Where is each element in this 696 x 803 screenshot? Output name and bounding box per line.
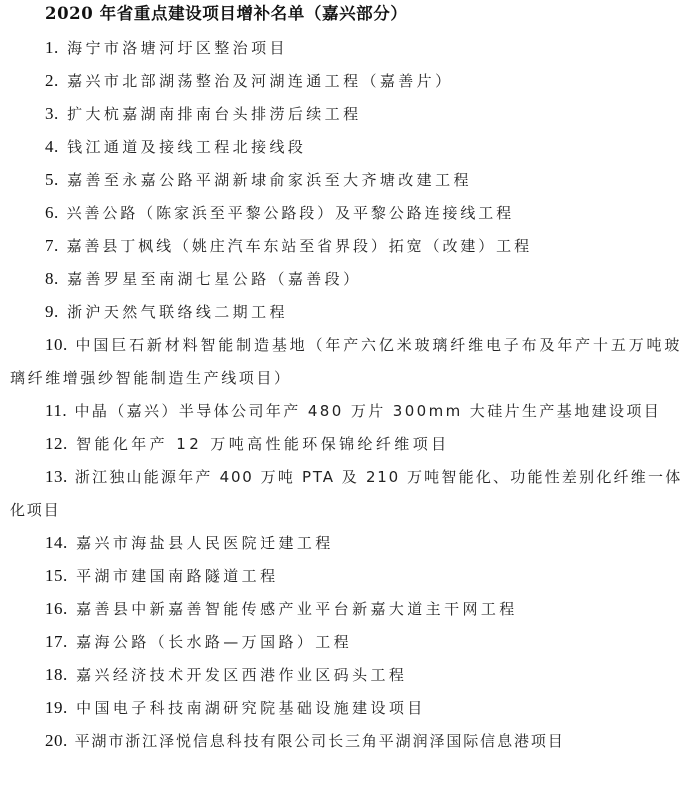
list-item: 16. 嘉善县中新嘉善智能传感产业平台新嘉大道主干网工程 bbox=[10, 592, 682, 626]
item-number: 3. bbox=[45, 104, 59, 123]
item-text: 嘉兴经济技术开发区西港作业区码头工程 bbox=[76, 666, 407, 684]
item-number: 8. bbox=[45, 269, 59, 288]
item-text: 浙沪天然气联络线二期工程 bbox=[67, 303, 288, 321]
item-text: 平湖市浙江泽悦信息科技有限公司长三角平湖润泽国际信息港项目 bbox=[75, 732, 565, 750]
list-item: 2. 嘉兴市北部湖荡整治及河湖连通工程（嘉善片） bbox=[10, 64, 682, 98]
item-text: 嘉海公路（长水路—万国路）工程 bbox=[76, 633, 352, 651]
list-item: 11. 中晶（嘉兴）半导体公司年产 480 万片 300mm 大硅片生产基地建设… bbox=[10, 394, 682, 428]
list-item: 7. 嘉善县丁枫线（姚庄汽车东站至省界段）拓宽（改建）工程 bbox=[10, 229, 682, 263]
document-title: 2020 年省重点建设项目增补名单（嘉兴部分） bbox=[45, 3, 407, 25]
item-number: 14. bbox=[45, 533, 68, 552]
item-number: 15. bbox=[45, 566, 68, 585]
item-text: 嘉兴市北部湖荡整治及河湖连通工程（嘉善片） bbox=[67, 72, 453, 90]
item-number: 4. bbox=[45, 137, 59, 156]
item-number: 9. bbox=[45, 302, 59, 321]
list-item: 3. 扩大杭嘉湖南排南台头排涝后续工程 bbox=[10, 97, 682, 131]
list-item: 1. 海宁市洛塘河圩区整治项目 bbox=[10, 31, 682, 65]
item-text: 中晶（嘉兴）半导体公司年产 480 万片 300mm 大硅片生产基地建设项目 bbox=[74, 402, 661, 420]
item-number: 7. bbox=[45, 236, 59, 255]
item-text: 浙江独山能源年产 400 万吨 PTA 及 210 万吨智能化、功能性差别化纤维… bbox=[10, 468, 682, 519]
item-number: 17. bbox=[45, 632, 68, 651]
item-number: 6. bbox=[45, 203, 59, 222]
list-item: 5. 嘉善至永嘉公路平湖新埭俞家浜至大齐塘改建工程 bbox=[10, 163, 682, 197]
list-item: 18. 嘉兴经济技术开发区西港作业区码头工程 bbox=[10, 658, 682, 692]
item-number: 20. bbox=[45, 731, 68, 750]
item-text: 平湖市建国南路隧道工程 bbox=[76, 567, 278, 585]
list-item: 17. 嘉海公路（长水路—万国路）工程 bbox=[10, 625, 682, 659]
item-text: 钱江通道及接线工程北接线段 bbox=[67, 138, 306, 156]
list-item: 6. 兴善公路（陈家浜至平黎公路段）及平黎公路连接线工程 bbox=[10, 196, 682, 230]
list-item: 4. 钱江通道及接线工程北接线段 bbox=[10, 130, 682, 164]
item-text: 智能化年产 12 万吨高性能环保锦纶纤维项目 bbox=[76, 435, 449, 453]
item-number: 10. bbox=[45, 335, 68, 354]
item-text: 嘉善县中新嘉善智能传感产业平台新嘉大道主干网工程 bbox=[76, 600, 518, 618]
list-item: 13. 浙江独山能源年产 400 万吨 PTA 及 210 万吨智能化、功能性差… bbox=[10, 460, 682, 527]
item-number: 18. bbox=[45, 665, 68, 684]
list-item: 20. 平湖市浙江泽悦信息科技有限公司长三角平湖润泽国际信息港项目 bbox=[10, 724, 682, 758]
list-item: 15. 平湖市建国南路隧道工程 bbox=[10, 559, 682, 593]
item-text: 中国电子科技南湖研究院基础设施建设项目 bbox=[76, 699, 426, 717]
item-number: 13. bbox=[45, 467, 68, 486]
item-text: 兴善公路（陈家浜至平黎公路段）及平黎公路连接线工程 bbox=[67, 204, 515, 222]
list-item: 14. 嘉兴市海盐县人民医院迁建工程 bbox=[10, 526, 682, 560]
item-text: 嘉善县丁枫线（姚庄汽车东站至省界段）拓宽（改建）工程 bbox=[67, 237, 532, 255]
list-item: 10. 中国巨石新材料智能制造基地（年产六亿米玻璃纤维电子布及年产十五万吨玻璃纤… bbox=[10, 328, 682, 395]
item-number: 11. bbox=[45, 401, 67, 420]
item-text: 嘉善至永嘉公路平湖新埭俞家浜至大齐塘改建工程 bbox=[67, 171, 472, 189]
list-item: 12. 智能化年产 12 万吨高性能环保锦纶纤维项目 bbox=[10, 427, 682, 461]
item-text: 海宁市洛塘河圩区整治项目 bbox=[67, 39, 288, 57]
item-number: 1. bbox=[45, 38, 59, 57]
list-item: 9. 浙沪天然气联络线二期工程 bbox=[10, 295, 682, 329]
item-number: 5. bbox=[45, 170, 59, 189]
item-number: 19. bbox=[45, 698, 68, 717]
item-number: 2. bbox=[45, 71, 59, 90]
item-text: 嘉善罗星至南湖七星公路（嘉善段） bbox=[67, 270, 361, 288]
item-text: 中国巨石新材料智能制造基地（年产六亿米玻璃纤维电子布及年产十五万吨玻璃纤维增强纱… bbox=[10, 336, 682, 387]
item-text: 扩大杭嘉湖南排南台头排涝后续工程 bbox=[67, 105, 361, 123]
item-text: 嘉兴市海盐县人民医院迁建工程 bbox=[76, 534, 334, 552]
list-item: 8. 嘉善罗星至南湖七星公路（嘉善段） bbox=[10, 262, 682, 296]
item-number: 12. bbox=[45, 434, 68, 453]
item-number: 16. bbox=[45, 599, 68, 618]
list-item: 19. 中国电子科技南湖研究院基础设施建设项目 bbox=[10, 691, 682, 725]
